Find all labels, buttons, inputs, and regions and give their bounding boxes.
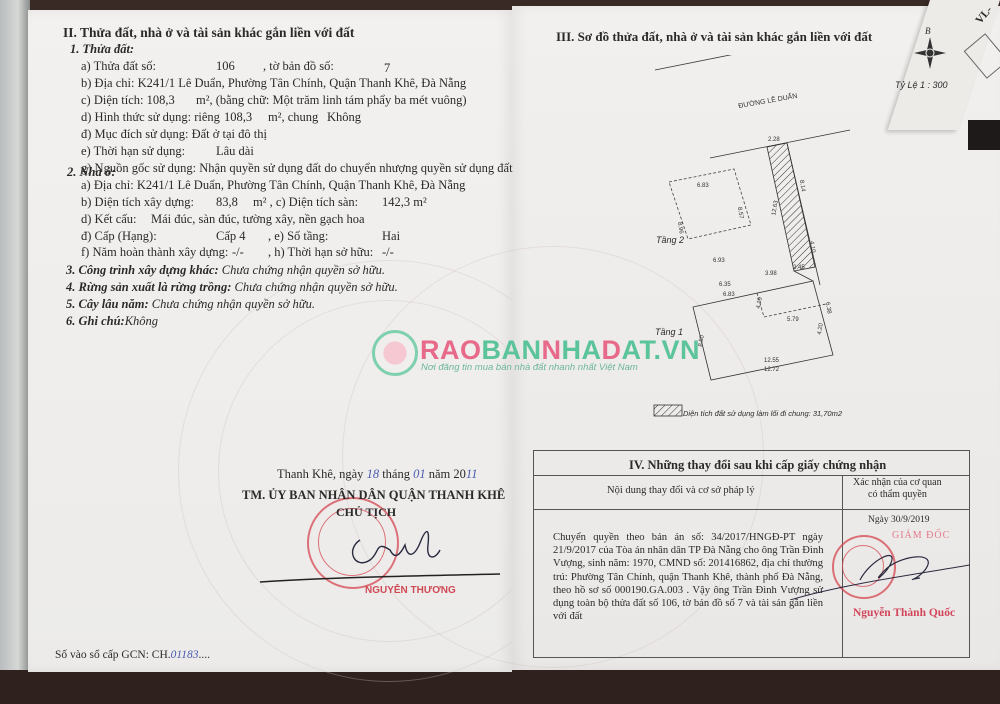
land-usage-unit: m², chung xyxy=(268,111,318,124)
compass-icon xyxy=(910,37,950,69)
house-build-area-value: 83,8 xyxy=(216,196,238,209)
background-dark-corner xyxy=(968,120,1000,150)
background-table xyxy=(0,670,1000,704)
land-usage-private: 108,3 xyxy=(224,111,252,124)
house-grade-label: đ) Cấp (Hạng): xyxy=(81,230,157,243)
signing-date: Thanh Khê, ngày 18 tháng 01 năm 2011 xyxy=(277,468,477,481)
dim-f2-top: 6.83 xyxy=(697,183,709,189)
chairman-signature xyxy=(340,515,450,575)
register-value: 01183 xyxy=(171,649,199,661)
dim-f1-top-mid: 3.98 xyxy=(765,271,777,277)
signing-day: 18 xyxy=(367,467,380,481)
land-term-value: Lâu dài xyxy=(216,145,254,158)
brand-part: D xyxy=(602,335,622,365)
house-build-area-label: b) Diện tích xây dựng: xyxy=(81,196,194,209)
chairman-name: NGUYỄN THƯƠNG xyxy=(365,586,456,596)
item-5-value: Chưa chứng nhận quyền sở hữu. xyxy=(152,297,315,311)
dim-f1-bottom-b: 12.72 xyxy=(764,367,779,373)
dim-f2-bottom: 6.93 xyxy=(713,258,725,264)
floor-1-label: Tầng 1 xyxy=(655,328,683,337)
map-scale: Tỷ Lệ 1 : 300 xyxy=(895,81,948,90)
item-6: 6. Ghi chú:Không xyxy=(66,315,158,328)
land-area-label: c) Diện tích: 108,3 xyxy=(81,94,175,107)
item-3-label: 3. Công trình xây dựng khác: xyxy=(66,263,219,277)
changes-content-line: trú: Phường Tân Chính, quận Thanh Khê, t… xyxy=(553,571,823,584)
house-structure-label: d) Kết cấu: xyxy=(81,213,137,226)
register-label: Số vào sổ cấp GCN: CH. xyxy=(55,649,171,661)
land-parcel-number: 106 xyxy=(216,60,235,73)
land-origin: g) Nguồn gốc sử dụng: Nhận quyền sử dụng… xyxy=(81,162,513,175)
signing-month-label: tháng xyxy=(382,467,410,481)
brand-part: HA xyxy=(562,335,602,365)
register-number: Số vào sổ cấp GCN: CH.01183.... xyxy=(55,650,210,662)
land-map-number: 7 xyxy=(384,62,390,75)
house-floors-value: Hai xyxy=(382,230,400,243)
item-5-label: 5. Cây lâu năm: xyxy=(66,297,149,311)
item-6-value: Không xyxy=(125,314,158,328)
signing-organization: TM. ỦY BAN NHÂN DÂN QUẬN THANH KHÊ xyxy=(242,489,505,502)
confirm-date: Ngày 30/9/2019 xyxy=(868,516,929,526)
item-6-label: 6. Ghi chú: xyxy=(66,314,125,328)
changes-content-line: Vượng, sinh năm: 1970, CMND số: 20141686… xyxy=(553,557,823,570)
director-signature xyxy=(790,540,970,600)
changes-col2-header-2: có thẩm quyền xyxy=(868,490,927,500)
section-ii-title: II. Thửa đất, nhà ở và tài sản khác gắn … xyxy=(63,26,354,40)
land-usage-shared: Không xyxy=(327,111,361,124)
land-usage-form-label: d) Hình thức sử dụng: riêng xyxy=(81,111,220,124)
signing-date-prefix: Thanh Khê, ngày xyxy=(277,467,363,481)
house-floor-area-value: 142,3 m² xyxy=(382,196,427,209)
land-purpose: đ) Mục đích sử dụng: Đất ở tại đô thị xyxy=(81,128,267,141)
changes-content: Chuyển quyền theo bản án số: 34/2017/HNG… xyxy=(553,531,823,623)
changes-content-line: Chuyển quyền theo bản án số: 34/2017/HNG… xyxy=(553,531,823,544)
item-4-value: Chưa chứng nhận quyền sở hữu. xyxy=(235,280,398,294)
dim-f1-bottom-a: 12.55 xyxy=(764,358,779,364)
floor-2-label: Tầng 2 xyxy=(656,236,684,245)
legend-shared-path: Diện tích đất sử dụng làm lối đi chung: … xyxy=(683,410,842,418)
background-left-edge xyxy=(0,0,30,704)
dim-f1-inner-h: 5.79 xyxy=(787,317,799,323)
watermark-tagline: Nơi đăng tin mua bán nhà đất nhanh nhất … xyxy=(421,363,638,373)
item-4: 4. Rừng sản xuất là rừng trồng: Chưa chứ… xyxy=(66,281,398,294)
changes-content-line: dụng toàn bộ thửa đất số 106, tờ bản đồ … xyxy=(553,597,823,610)
changes-col2-header-1: Xác nhận của cơ quan xyxy=(853,478,942,488)
dim-strip-bottom: 2.45 xyxy=(793,265,805,271)
brand-part: BAN xyxy=(482,335,542,365)
land-map-label: , tờ bản đồ số: xyxy=(263,60,334,73)
house-ownership-term-label: , h) Thời hạn sở hữu: xyxy=(268,246,373,259)
item-5: 5. Cây lâu năm: Chưa chứng nhận quyền sở… xyxy=(66,298,315,311)
item-3: 3. Công trình xây dựng khác: Chưa chứng … xyxy=(66,264,385,277)
changes-col1-header: Nội dung thay đổi và cơ sở pháp lý xyxy=(607,486,755,497)
dim-f1-top-left-b: 6.83 xyxy=(723,292,735,298)
house-grade-value: Cấp 4 xyxy=(216,230,246,243)
house-ownership-term-value: -/- xyxy=(382,246,394,259)
dim-top-width: 2.28 xyxy=(768,137,780,143)
item-4-label: 4. Rừng sản xuất là rừng trồng: xyxy=(66,280,231,294)
land-area-words: m², (bằng chữ: Một trăm linh tám phẩy ba… xyxy=(196,94,467,107)
land-heading: 1. Thửa đất: xyxy=(70,43,134,56)
brand-part: N xyxy=(542,335,562,365)
item-3-value: Chưa chứng nhận quyền sở hữu. xyxy=(222,263,385,277)
changes-content-line: với đất xyxy=(553,610,823,623)
house-heading: 2. Nhà ở: xyxy=(67,166,116,179)
land-term-label: e) Thời hạn sử dụng: xyxy=(81,145,185,158)
house-year-label: f) Năm hoàn thành xây dựng: xyxy=(81,246,228,259)
house-structure-value: Mái đúc, sàn đúc, tường xây, nền gạch ho… xyxy=(151,213,365,226)
confirm-signer: Nguyễn Thành Quốc xyxy=(853,608,955,620)
signing-month: 01 xyxy=(413,467,426,481)
house-year-value: -/- xyxy=(232,246,244,259)
changes-content-line: 21/9/2017 của Tòa án nhân dân TP Đà Nẵng… xyxy=(553,544,823,557)
register-suffix: .... xyxy=(199,649,211,661)
section-iv-title: IV. Những thay đổi sau khi cấp giấy chứn… xyxy=(629,459,886,472)
land-parcel-label: a) Thửa đất số: xyxy=(81,60,156,73)
changes-content-line: theo hồ sơ số 000190.GA.003 . Vậy ông Tr… xyxy=(553,584,823,597)
signing-year-label: năm 20 xyxy=(429,467,466,481)
land-address: b) Địa chỉ: K241/1 Lê Duẩn, Phường Tân C… xyxy=(81,77,466,90)
house-address: a) Địa chỉ: K241/1 Lê Duẩn, Phường Tân C… xyxy=(81,179,465,192)
house-floors-label: , e) Số tầng: xyxy=(268,230,328,243)
brand-part: RAO xyxy=(420,335,482,365)
house-build-area-unit: m² , c) Diện tích sàn: xyxy=(253,196,358,209)
compass-north-label: B xyxy=(925,27,931,36)
watermark-logo-icon xyxy=(372,330,418,376)
dim-f1-top-left-a: 6.35 xyxy=(719,282,731,288)
section-iii-title: III. Sơ đồ thửa đất, nhà ở và tài sản kh… xyxy=(556,30,872,43)
signing-year-suffix: 11 xyxy=(466,467,478,481)
